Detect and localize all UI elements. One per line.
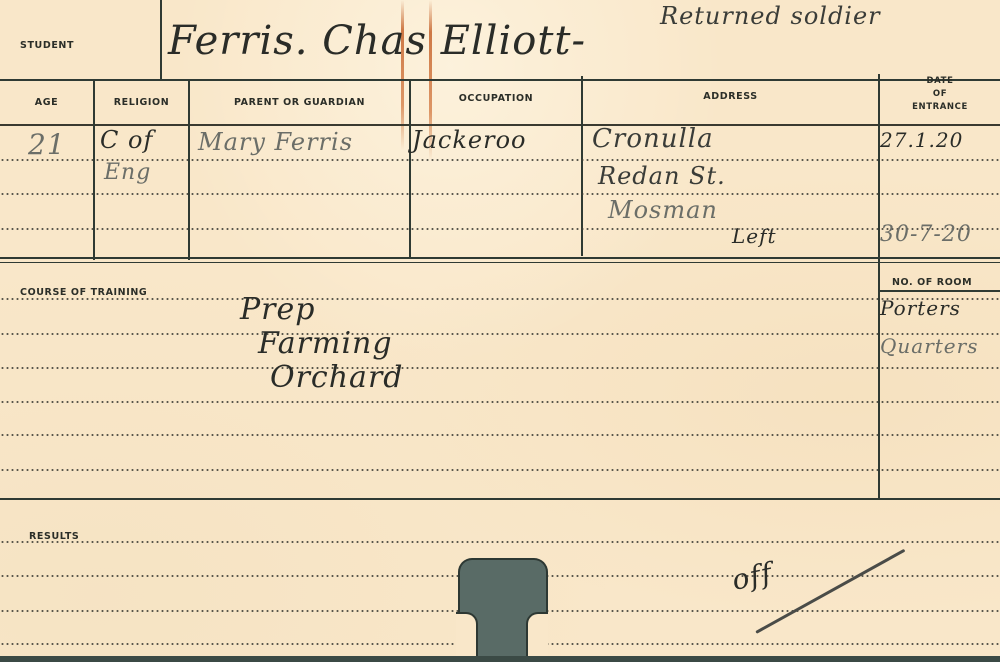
training-item-1: Prep — [240, 292, 315, 327]
student-record-card: STUDENT Ferris. Chas Elliott- Returned s… — [0, 0, 1000, 662]
annotation-returned-soldier: Returned soldier — [660, 2, 881, 30]
date-left-value: 30-7-20 — [880, 222, 972, 247]
dotted-rule — [0, 469, 1000, 471]
results-note: off — [729, 556, 776, 597]
room-value-line1: Porters — [880, 296, 961, 320]
column-header-parent-or-guardian: PARENT OR GUARDIAN — [190, 97, 409, 108]
column-header-address: ADDRESS — [583, 91, 878, 102]
column-header-religion: RELIGION — [95, 97, 188, 108]
training-item-2: Farming — [258, 326, 393, 361]
date-of-entrance-value: 27.1.20 — [880, 128, 963, 152]
room-value-line2: Quarters — [880, 334, 978, 358]
divider — [160, 0, 162, 80]
divider — [880, 290, 1000, 292]
divider — [0, 498, 1000, 500]
index-tab-cutout-shoulder-right — [526, 612, 548, 662]
training-item-3: Orchard — [270, 360, 404, 395]
card-bottom-edge — [0, 656, 1000, 662]
course-of-training-label: COURSE OF TRAINING — [20, 287, 147, 298]
date-label-line: DATE — [880, 75, 1000, 88]
dotted-rule — [0, 367, 1000, 369]
results-strike-mark — [755, 549, 905, 634]
dotted-rule — [0, 401, 1000, 403]
column-header-occupation: OCCUPATION — [411, 93, 581, 104]
address-line3: Mosman — [608, 196, 718, 224]
date-label-line: ENTRANCE — [880, 101, 1000, 114]
dotted-rule — [0, 333, 1000, 335]
date-label-line: OF — [880, 88, 1000, 101]
student-label: STUDENT — [20, 40, 74, 51]
dotted-rule — [0, 193, 1000, 195]
address-line1: Cronulla — [592, 124, 714, 154]
religion-value-line2: Eng — [104, 160, 151, 185]
index-tab-cutout-shoulder-left — [456, 612, 478, 662]
divider — [409, 80, 411, 258]
divider — [0, 79, 1000, 81]
occupation-value: Jackeroo — [412, 126, 527, 154]
parent-value: Mary Ferris — [198, 128, 353, 156]
dotted-rule — [0, 298, 1000, 300]
address-note-left: Left — [732, 224, 777, 248]
dotted-rule — [0, 434, 1000, 436]
student-name: Ferris. Chas Elliott- — [168, 18, 586, 64]
divider — [0, 257, 1000, 259]
age-value: 21 — [28, 128, 66, 161]
column-header-date-of-entrance: DATE OF ENTRANCE — [880, 75, 1000, 114]
address-line2: Redan St. — [598, 162, 726, 190]
divider — [0, 262, 1000, 263]
room-number-label: No. OF ROOM — [892, 277, 972, 288]
column-header-age: AGE — [0, 97, 93, 108]
dotted-rule — [0, 228, 1000, 230]
religion-value: C of — [100, 126, 153, 154]
dotted-rule — [0, 541, 1000, 543]
